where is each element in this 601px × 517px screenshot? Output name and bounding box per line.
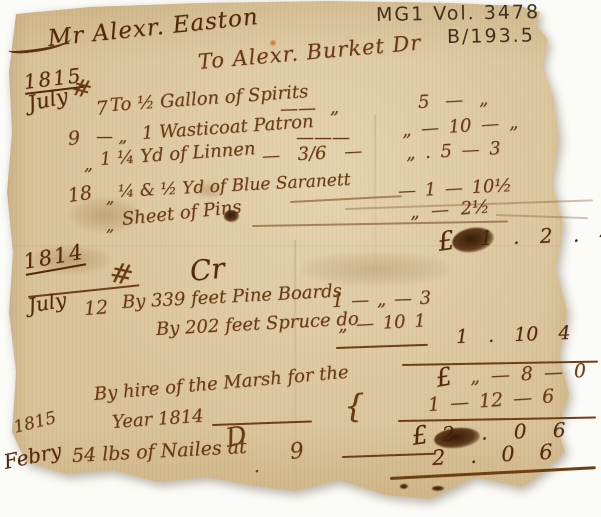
entry-day: 9 — [67, 129, 81, 149]
rate-dot: . — [254, 458, 260, 476]
amount-value: „ . 5 — 3 — [406, 140, 502, 163]
credit-heading: Cr — [189, 254, 227, 285]
paper-crease-vertical-2 — [374, 115, 376, 265]
entry-month: July — [26, 289, 67, 315]
entry-day: 12 — [83, 298, 108, 319]
archive-ref-number: B/193.5 — [447, 24, 535, 48]
entry-day: 7 — [95, 99, 109, 119]
ink-speck — [400, 484, 408, 489]
ditto-prefix: „ — [106, 218, 114, 234]
amount-value: 5 — „ — [418, 90, 489, 112]
ditto-prefix: — „ — [96, 129, 127, 146]
credit-subtotal: 1 . 10 4 — [456, 324, 571, 347]
entry-day: 18 — [67, 184, 94, 206]
amount-value: 1 — „ — 3 — [332, 290, 432, 311]
ditto-prefix: „ — [84, 157, 93, 174]
pound-sign: £ — [410, 422, 429, 449]
rate-value: 9 — [288, 440, 305, 464]
ditto-prefix: „ — [106, 190, 114, 206]
archive-ref-volume: MG1 Vol. 3478 — [376, 1, 540, 26]
price-rate: — 3/6 — — [262, 143, 363, 166]
amount-value: „ — 10 1 — [338, 312, 427, 335]
debit-total-value: 1 . 2 . 4 — [480, 223, 601, 248]
ink-blot — [224, 210, 239, 222]
receipt-scan: MG1 Vol. 3478 B/193.5 Mr Alexr. Easton T… — [0, 0, 601, 517]
ink-speck — [432, 486, 444, 491]
brace: { — [344, 390, 364, 422]
